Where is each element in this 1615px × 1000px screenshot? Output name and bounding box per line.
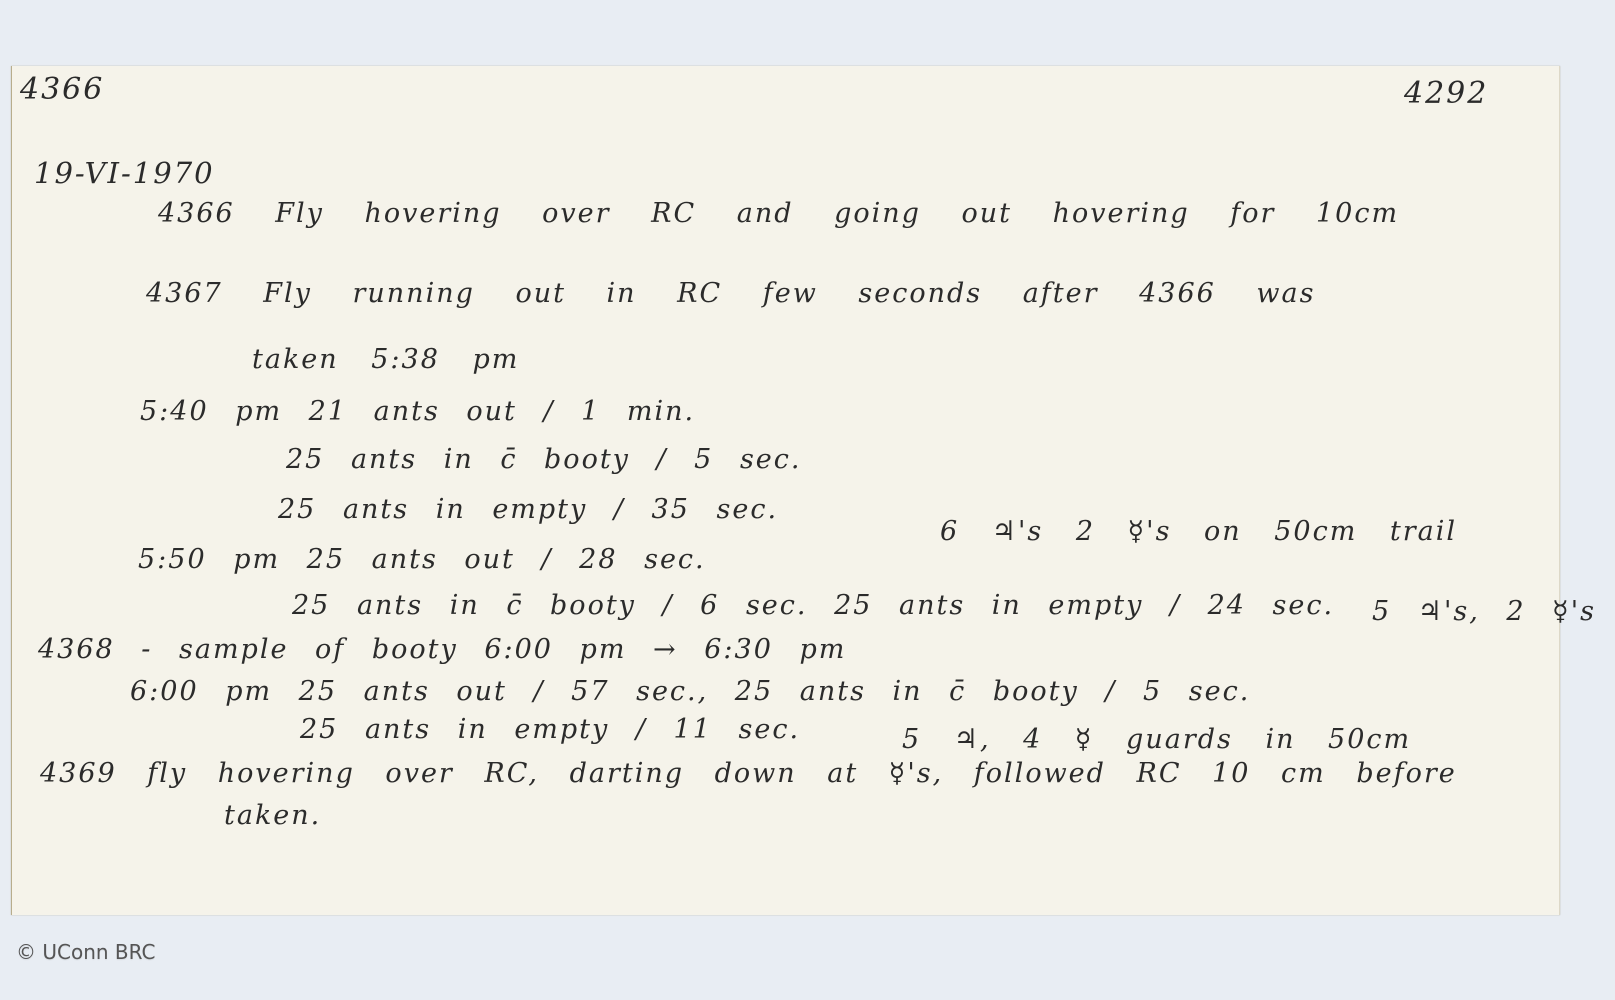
card-number-right: 4292 (1404, 76, 1488, 111)
note-line-16: taken. (224, 800, 321, 831)
collection-date: 19-VI-1970 (34, 156, 215, 190)
note-line-3: taken 5:38 pm (252, 344, 519, 375)
note-line-11: 4368 - sample of booty 6:00 pm → 6:30 pm (38, 634, 846, 665)
specimen-index-card: 4366 4292 19-VI-1970 4366 Fly hovering o… (11, 66, 1560, 915)
note-line-14: 5 ♃, 4 ☿ guards in 50cm (902, 724, 1411, 755)
note-line-13: 25 ants in empty / 11 sec. (300, 714, 800, 745)
note-line-10: 5 ♃'s, 2 ☿'s (1372, 596, 1596, 627)
note-line-9: 25 ants in c̄ booty / 6 sec. 25 ants in … (292, 590, 1334, 621)
copyright-notice: © UConn BRC (16, 940, 156, 964)
note-line-4: 5:40 pm 21 ants out / 1 min. (140, 396, 695, 427)
note-line-5: 25 ants in c̄ booty / 5 sec. (286, 444, 801, 475)
note-line-2: 4367 Fly running out in RC few seconds a… (146, 278, 1315, 309)
note-line-15: 4369 fly hovering over RC, darting down … (40, 758, 1457, 789)
note-line-6: 25 ants in empty / 35 sec. (278, 494, 778, 525)
note-line-8: 5:50 pm 25 ants out / 28 sec. (138, 544, 706, 575)
card-number-left: 4366 (20, 72, 104, 107)
note-line-12: 6:00 pm 25 ants out / 57 sec., 25 ants i… (130, 676, 1250, 707)
note-line-1: 4366 Fly hovering over RC and going out … (158, 198, 1399, 229)
note-line-7: 6 ♃'s 2 ☿'s on 50cm trail (940, 516, 1457, 547)
